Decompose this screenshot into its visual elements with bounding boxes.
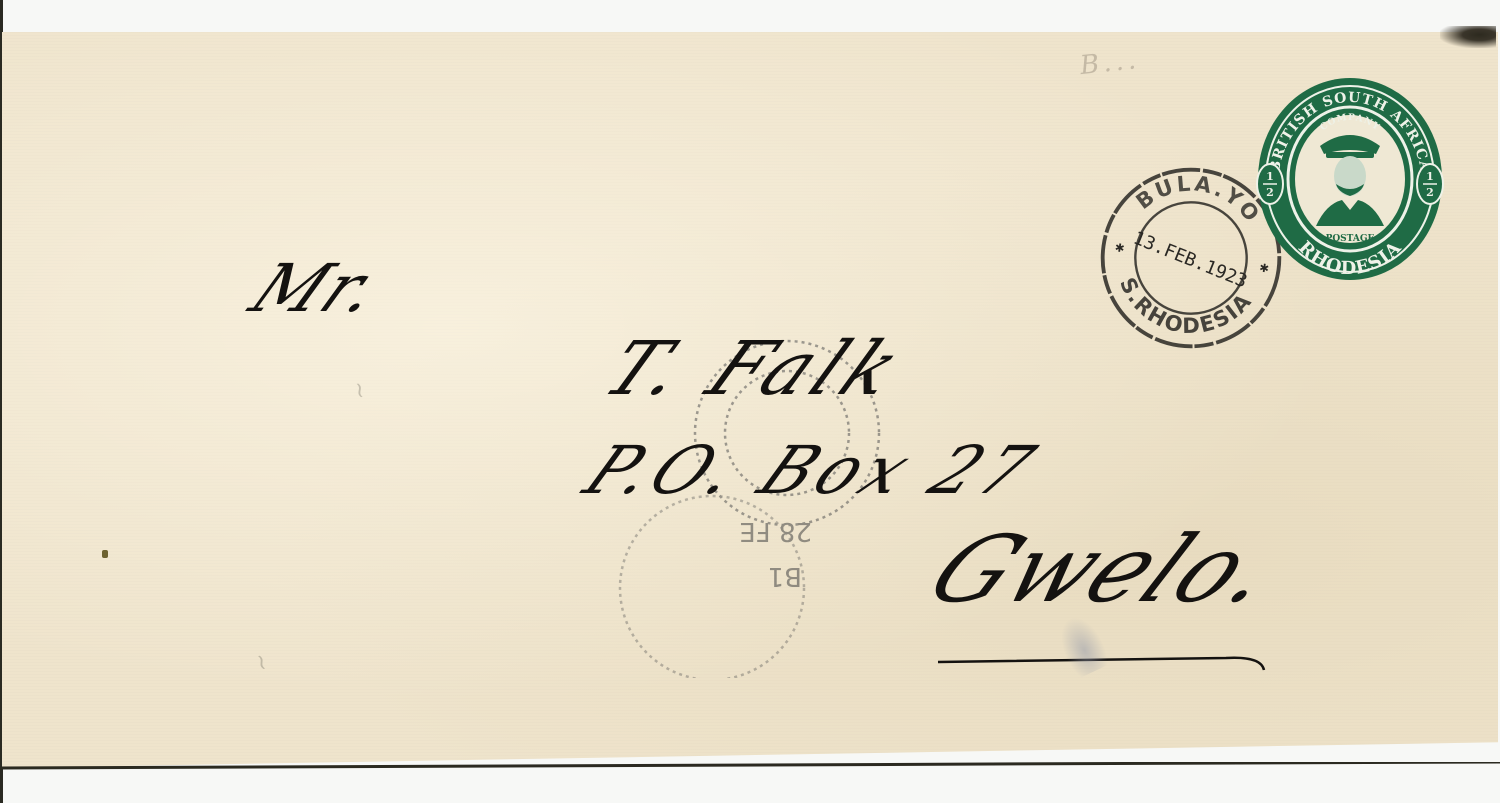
addressee-name: T. Falk — [589, 326, 921, 412]
svg-text:✱: ✱ — [1114, 240, 1126, 255]
ghost-fragment: 28 FE — [739, 516, 812, 546]
postmark-date: 13.FEB.1923 — [1130, 228, 1250, 293]
stamp-postage-label: POSTAGE — [1326, 234, 1375, 244]
corner-wear — [1440, 26, 1496, 48]
svg-text:1: 1 — [1266, 170, 1274, 183]
svg-text:2: 2 — [1266, 186, 1274, 199]
pencil-note: B... — [1079, 45, 1142, 81]
ghost-fragment: B1 — [768, 561, 802, 591]
paper-speck — [102, 550, 108, 558]
envelope-bottom-edge — [0, 762, 1500, 770]
postage-stamp: BRITISH SOUTH AFRICA COMPANY RHODESIA PO… — [1256, 76, 1444, 282]
svg-text:1: 1 — [1426, 170, 1434, 183]
address-po-box: P.O. Box 27 — [572, 432, 1054, 509]
svg-text:2: 2 — [1426, 186, 1434, 199]
address-city: Gwelo. — [909, 516, 1302, 623]
stamp-value-left: 1 2 — [1257, 164, 1283, 204]
stamp-value-right: 1 2 — [1417, 164, 1443, 204]
